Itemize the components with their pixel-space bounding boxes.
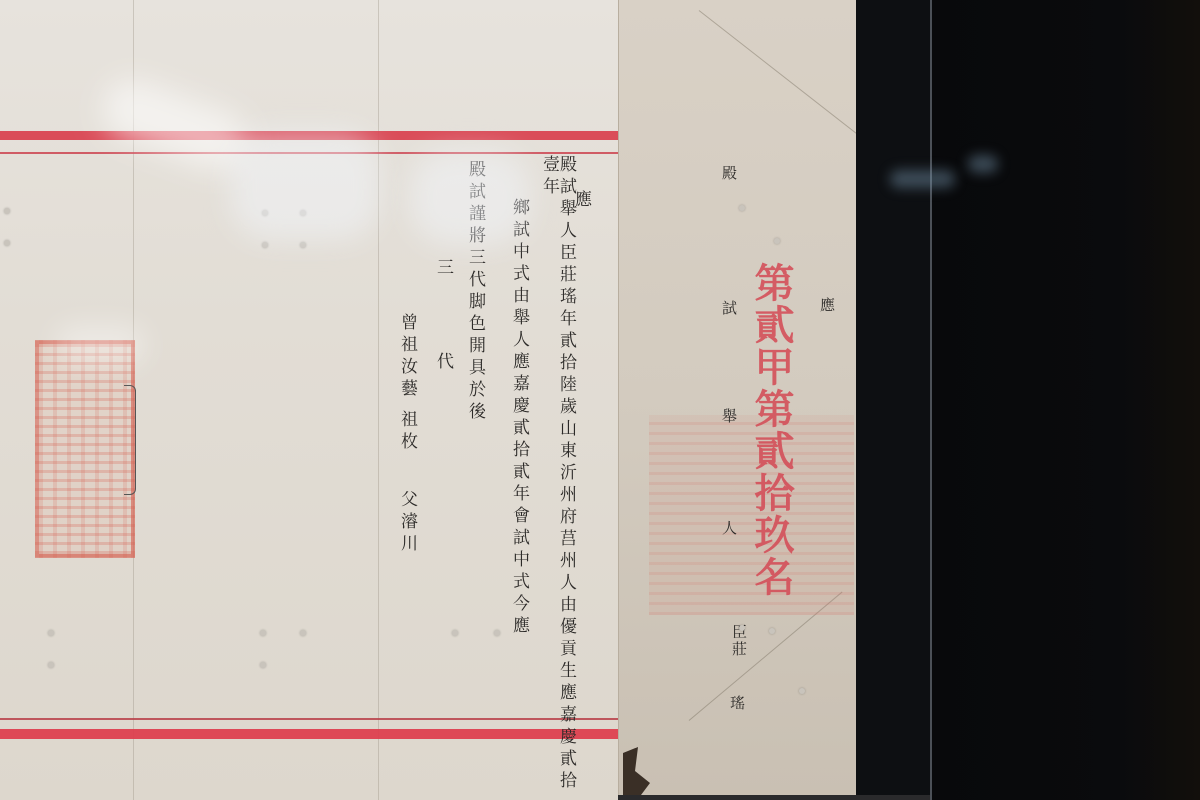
binding-hole bbox=[300, 242, 306, 248]
cover-char-shi: 試 bbox=[721, 300, 736, 319]
light-reflection bbox=[968, 155, 998, 173]
red-seal-impression bbox=[35, 340, 135, 558]
red-border-rule-bottom-thick bbox=[0, 729, 620, 739]
cover-char-ren: 人 bbox=[721, 520, 736, 539]
ancestor-grandfather: 祖枚 bbox=[398, 410, 415, 454]
binding-hole bbox=[494, 630, 500, 636]
binding-hole bbox=[260, 630, 266, 636]
cover-char-dian: 殿 bbox=[721, 165, 736, 184]
binding-hole bbox=[739, 205, 745, 211]
binding-hole bbox=[739, 625, 745, 631]
binding-hole bbox=[452, 630, 458, 636]
text-column-san-dai: 三 代 bbox=[434, 258, 451, 399]
binding-hole bbox=[48, 662, 54, 668]
text-column-exam-history: 鄉試中式由舉人應嘉慶貳拾貳年會試中式今應 bbox=[510, 198, 527, 638]
binding-hole bbox=[260, 662, 266, 668]
binding-hole bbox=[262, 242, 268, 248]
binding-hole bbox=[769, 628, 775, 634]
torn-paper-edge bbox=[623, 735, 653, 795]
dark-case-interior bbox=[932, 0, 1200, 800]
exam-paper-cover-strip: 殿 試 舉 人 臣莊 瑤 應 第貳甲第貳拾玖名 bbox=[618, 0, 856, 795]
cover-char-yao: 瑤 bbox=[729, 695, 744, 714]
binding-hole bbox=[300, 630, 306, 636]
red-border-rule-bottom-thin bbox=[0, 718, 620, 720]
exam-paper-main-sheet: 應 殿試舉人臣莊瑤年貳拾陸歲山東沂州府莒州人由優貢生應嘉慶貳拾壹年 鄉試中式由舉… bbox=[0, 0, 620, 800]
ancestor-great-grandfather: 曾祖汝藝 bbox=[398, 313, 415, 401]
binding-hole bbox=[774, 238, 780, 244]
case-bottom-edge bbox=[618, 795, 930, 800]
glass-glare bbox=[55, 325, 145, 365]
text-column-candidate-info: 殿試舉人臣莊瑤年貳拾陸歲山東沂州府莒州人由優貢生應嘉慶貳拾壹年 bbox=[540, 155, 574, 800]
paper-crease bbox=[699, 10, 856, 171]
glass-glare bbox=[410, 150, 530, 245]
binding-hole bbox=[4, 240, 10, 246]
paper-fold-line bbox=[378, 0, 379, 800]
seal-side-inscription bbox=[124, 385, 136, 495]
binding-hole bbox=[48, 630, 54, 636]
binding-hole bbox=[4, 208, 10, 214]
cover-char-ying: 應 bbox=[819, 297, 834, 316]
vermilion-rank-annotation: 第貳甲第貳拾玖名 bbox=[751, 262, 791, 598]
ancestor-father: 父濬川 bbox=[398, 490, 415, 556]
cover-char-ju: 舉 bbox=[721, 408, 736, 427]
glass-glare bbox=[230, 130, 380, 240]
light-reflection bbox=[890, 170, 955, 188]
binding-hole bbox=[799, 688, 805, 694]
display-case-frame bbox=[856, 0, 930, 800]
